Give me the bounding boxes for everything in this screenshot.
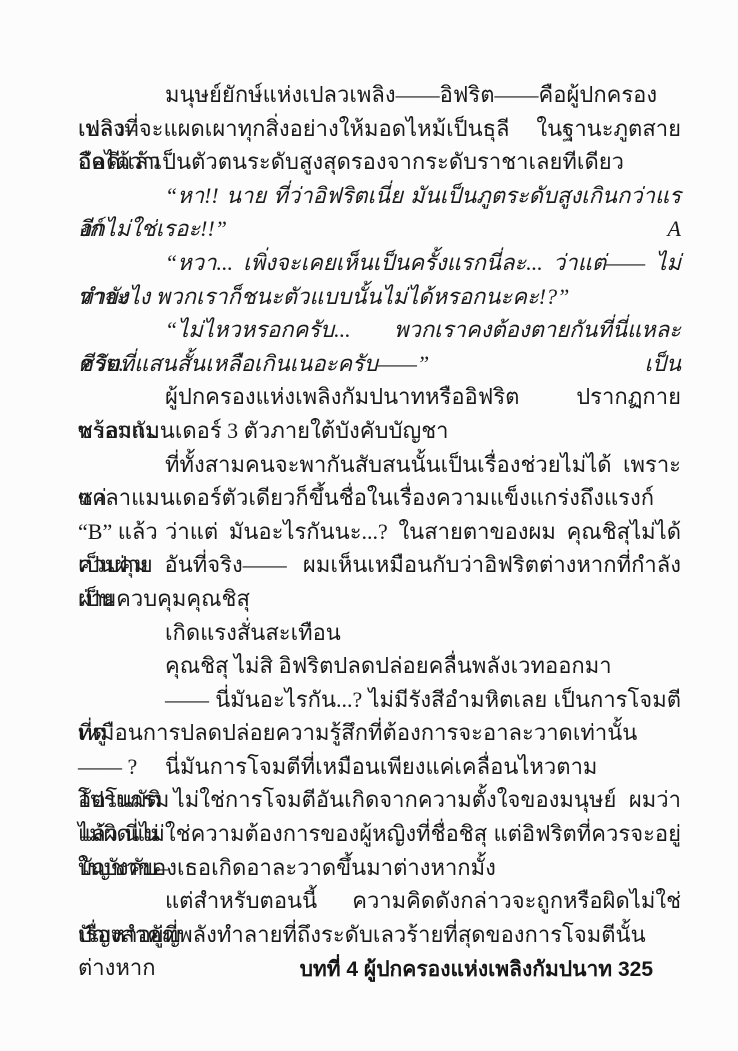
text-line: “หา!! นาย ที่ว่าอิฟริตเนี่ย มันเป็นภูตระ…	[78, 179, 681, 213]
text-line: ควบคุม อันที่จริง—— ผมเห็นเหมือนกับว่าอิ…	[78, 548, 681, 582]
text-line: เพลิงที่จะแผดเผาทุกสิ่งอย่างให้มอดไหม้เป…	[78, 112, 681, 146]
paragraph: ที่ทั้งสามคนจะพากันสับสนนั้นเป็นเรื่องช่…	[78, 448, 681, 515]
paragraph: “หวา... เพิ่งจะเคยเห็นเป็นครั้งแรกนี่ละ.…	[78, 246, 681, 313]
paragraph: คุณชิสุ ไม่สิ อิฟริตปลดปล่อยคลื่นพลังเวท…	[78, 649, 681, 683]
text-line: “หวา... เพิ่งจะเคยเห็นเป็นครั้งแรกนี่ละ.…	[78, 246, 681, 280]
text-line: มนุษย์ยักษ์แห่งเปลวเพลิง——อิฟริต——คือผู้…	[78, 78, 681, 112]
text-line: “ไม่ไหวหรอกครับ... พวกเราคงต้องตายกันที่…	[78, 313, 681, 347]
text-line: ปัญหาอยู่ที่พลังทำลายที่ถึงระดับเลวร้ายท…	[78, 918, 681, 952]
body-text: มนุษย์ยักษ์แห่งเปลวเพลิง——อิฟริต——คือผู้…	[78, 78, 681, 951]
text-line: ทำยังไง พวกเราก็ชนะตัวแบบนั้นไม่ได้หรอกน…	[78, 280, 681, 314]
paragraph: เกิดแรงสั่นสะเทือน	[78, 616, 681, 650]
text-line: เหมือนการปลดปล่อยความรู้สึกที่ต้องการจะอ…	[78, 716, 681, 750]
text-line: คุณชิสุ ไม่สิ อิฟริตปลดปล่อยคลื่นพลังเวท…	[78, 649, 681, 683]
paragraph: “หา!! นาย ที่ว่าอิฟริตเนี่ย มันเป็นภูตระ…	[78, 179, 681, 246]
text-line: แล้ว นี่ไม่ใช่ความต้องการของผู้หญิงที่ชื…	[78, 817, 681, 851]
text-line: ซาลาแมนเดอร์ตัวเดียวก็ขึ้นชื่อในเรื่องคว…	[78, 481, 681, 515]
paragraph: “ไม่ไหวหรอกครับ... พวกเราคงต้องตายกันที่…	[78, 313, 681, 380]
text-line: นี่มันการโจมตีที่เหมือนเพียงแค่เคลื่อนไห…	[78, 750, 681, 784]
paragraph: ว่าแต่ มันอะไรกันนะ...? ในสายตาของผม คุณ…	[78, 515, 681, 616]
text-line: แต่สำหรับตอนนี้ ความคิดดังกล่าวจะถูกหรือ…	[78, 884, 681, 918]
text-line: อัตโนมัติ ไม่ใช่การโจมตีอันเกิดจากความตั…	[78, 783, 681, 817]
page-footer-chapter-title: บทที่ 4 ผู้ปกครองแห่งเพลิงกัมปนาท 325	[300, 954, 653, 986]
paragraph: แต่สำหรับตอนนี้ ความคิดดังกล่าวจะถูกหรือ…	[78, 884, 681, 951]
paragraph: ผู้ปกครองแห่งเพลิงกัมปนาทหรืออิฟริต ปราก…	[78, 380, 681, 447]
text-line: ถือได้ว่าเป็นตัวตนระดับสูงสุดรองจากระดับ…	[78, 145, 681, 179]
text-line: เกิดแรงสั่นสะเทือน	[78, 616, 681, 650]
text-line: ผู้ปกครองแห่งเพลิงกัมปนาทหรืออิฟริต ปราก…	[78, 380, 681, 414]
paragraph: มนุษย์ยักษ์แห่งเปลวเพลิง——อิฟริต——คือผู้…	[78, 78, 681, 179]
paragraph: นี่มันการโจมตีที่เหมือนเพียงแค่เคลื่อนไห…	[78, 750, 681, 884]
text-line: ที่ทั้งสามคนจะพากันสับสนนั้นเป็นเรื่องช่…	[78, 448, 681, 482]
text-line: ซาลาแมนเดอร์ 3 ตัวภายใต้บังคับบัญชา	[78, 414, 681, 448]
paragraph: —— นี่มันอะไรกัน...? ไม่มีรังสีอำมหิตเลย…	[78, 683, 681, 750]
text-line: บัญชาของเธอเกิดอาละวาดขึ้นมาต่างหากมั้ง	[78, 851, 681, 885]
text-line: ฝ่ายควบคุมคุณชิสุ	[78, 582, 681, 616]
text-line: —— นี่มันอะไรกัน...? ไม่มีรังสีอำมหิตเลย…	[78, 683, 681, 717]
text-line: ว่าแต่ มันอะไรกันนะ...? ในสายตาของผม คุณ…	[78, 515, 681, 549]
book-page: มนุษย์ยักษ์แห่งเปลวเพลิง——อิฟริต——คือผู้…	[0, 0, 738, 1051]
